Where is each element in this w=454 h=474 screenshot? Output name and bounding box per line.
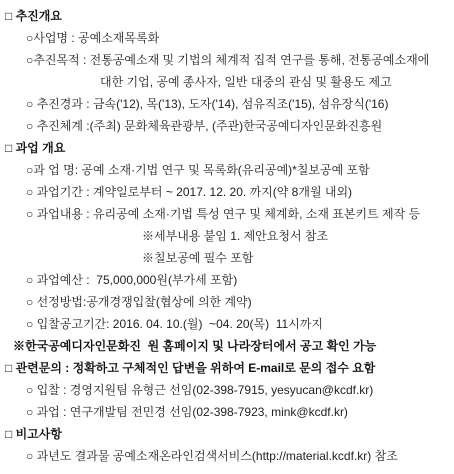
item-text: 입찰공고기간: 2016. 04. 10.(월) ~04. 20(목) 11시까… bbox=[33, 317, 323, 331]
heading-line-promotion-overview: □ 추진개요 bbox=[0, 5, 454, 27]
item-line-task-content: ○ 과업내용 : 유리공예 소재·기법 특성 연구 및 체계화, 소재 표본키트… bbox=[0, 203, 454, 225]
item-line-selection-method: ○ 선정방법:공개경쟁입찰(협상에 의한 계약) bbox=[0, 291, 454, 313]
heading-text: 비고사항 bbox=[12, 427, 62, 441]
item-text: 과업기간 : 계약일로부터 ~ 2017. 12. 20. 까지(약 8개월 내… bbox=[33, 185, 352, 199]
item-text: 과업내용 : 유리공예 소재·기법 특성 연구 및 체계화, 소재 표본키트 제… bbox=[33, 207, 420, 221]
note-line-announcement-location: ※한국공예디자인문화진 원 홈페이지 및 나라장터에서 공고 확인 가능 bbox=[0, 335, 454, 357]
heading-text: 관련문의 : 정확하고 구체적인 답변을 위하여 E-mail로 문의 접수 요… bbox=[12, 361, 375, 375]
item-line-bid-period: ○ 입찰공고기간: 2016. 04. 10.(월) ~04. 20(목) 11… bbox=[0, 313, 454, 335]
item-text: 사업명 : 공예소재목록화 bbox=[33, 31, 159, 45]
item-text: 과년도 결과물 공예소재온라인검색서비스(http://material.kcd… bbox=[33, 449, 398, 463]
heading-text: 과업 개요 bbox=[12, 141, 65, 155]
item-line-history: ○ 추진경과 : 금속('12), 목('13), 도자('14), 섬유직조(… bbox=[0, 93, 454, 115]
heading-line-inquiries: □ 관련문의 : 정확하고 구체적인 답변을 위하여 E-mail로 문의 접수… bbox=[0, 357, 454, 379]
item-line-task-period: ○ 과업기간 : 계약일로부터 ~ 2017. 12. 20. 까지(약 8개월… bbox=[0, 181, 454, 203]
item-line-project-name: ○사업명 : 공예소재목록화 bbox=[0, 27, 454, 49]
reference-mark-icon: ※ bbox=[13, 339, 25, 353]
item-text: 과업예산 : 75,000,000원(부가세 포함) bbox=[33, 273, 237, 287]
note-line-detail-reference: ※세부내용 붙임 1. 제안요청서 참조 bbox=[0, 225, 454, 247]
note-text: 칠보공예 필수 포함 bbox=[154, 251, 253, 265]
item-line-purpose: ○추진목적 : 전통공예소재 및 기법의 체계적 집적 연구를 통해, 전통공예… bbox=[0, 49, 454, 71]
item-text: 추진목적 : 전통공예소재 및 기법의 체계적 집적 연구를 통해, 전통공예소… bbox=[33, 53, 429, 67]
item-text: 과 업 명: 공예 소재·기법 연구 및 목록화(유리공예)*칠보공예 포함 bbox=[33, 163, 369, 177]
item-line-bid-contact: ○ 입찰 : 경영지원팀 유형근 선임(02-398-7915, yesyuca… bbox=[0, 379, 454, 401]
heading-line-task-overview: □ 과업 개요 bbox=[0, 137, 454, 159]
reference-mark-icon: ※ bbox=[142, 229, 154, 243]
item-line-task-name: ○과 업 명: 공예 소재·기법 연구 및 목록화(유리공예)*칠보공예 포함 bbox=[0, 159, 454, 181]
item-line-task-contact: ○ 과업 : 연구개발팀 전민경 선임(02-398-7923, mink@kc… bbox=[0, 401, 454, 423]
item-line-previous-results: ○ 과년도 결과물 공예소재온라인검색서비스(http://material.k… bbox=[0, 445, 454, 467]
reference-mark-icon: ※ bbox=[142, 251, 154, 265]
item-text: 선정방법:공개경쟁입찰(협상에 의한 계약) bbox=[33, 295, 251, 309]
document-page: □ 추진개요 ○사업명 : 공예소재목록화 ○추진목적 : 전통공예소재 및 기… bbox=[0, 0, 454, 467]
note-text: 세부내용 붙임 1. 제안요청서 참조 bbox=[154, 229, 328, 243]
item-text: 추진경과 : 금속('12), 목('13), 도자('14), 섬유직조('1… bbox=[33, 97, 388, 111]
item-line-budget: ○ 과업예산 : 75,000,000원(부가세 포함) bbox=[0, 269, 454, 291]
item-text: 입찰 : 경영지원팀 유형근 선임(02-398-7915, yesyucan@… bbox=[33, 383, 373, 397]
item-line-organization: ○ 추진체계 :(주최) 문화체육관광부, (주관)한국공예디자인문화진흥원 bbox=[0, 115, 454, 137]
heading-text: 추진개요 bbox=[12, 9, 62, 23]
item-text: 추진체계 :(주최) 문화체육관광부, (주관)한국공예디자인문화진흥원 bbox=[33, 119, 382, 133]
note-text: 한국공예디자인문화진 원 홈페이지 및 나라장터에서 공고 확인 가능 bbox=[25, 339, 376, 353]
continuation-line-purpose: 대한 기업, 공예 종사자, 일반 대중의 관심 및 활용도 제고 bbox=[0, 71, 454, 93]
item-text: 과업 : 연구개발팀 전민경 선임(02-398-7923, mink@kcdf… bbox=[33, 405, 348, 419]
note-line-cloisonne-required: ※칠보공예 필수 포함 bbox=[0, 247, 454, 269]
item-text: 대한 기업, 공예 종사자, 일반 대중의 관심 및 활용도 제고 bbox=[100, 75, 392, 89]
heading-line-remarks: □ 비고사항 bbox=[0, 423, 454, 445]
